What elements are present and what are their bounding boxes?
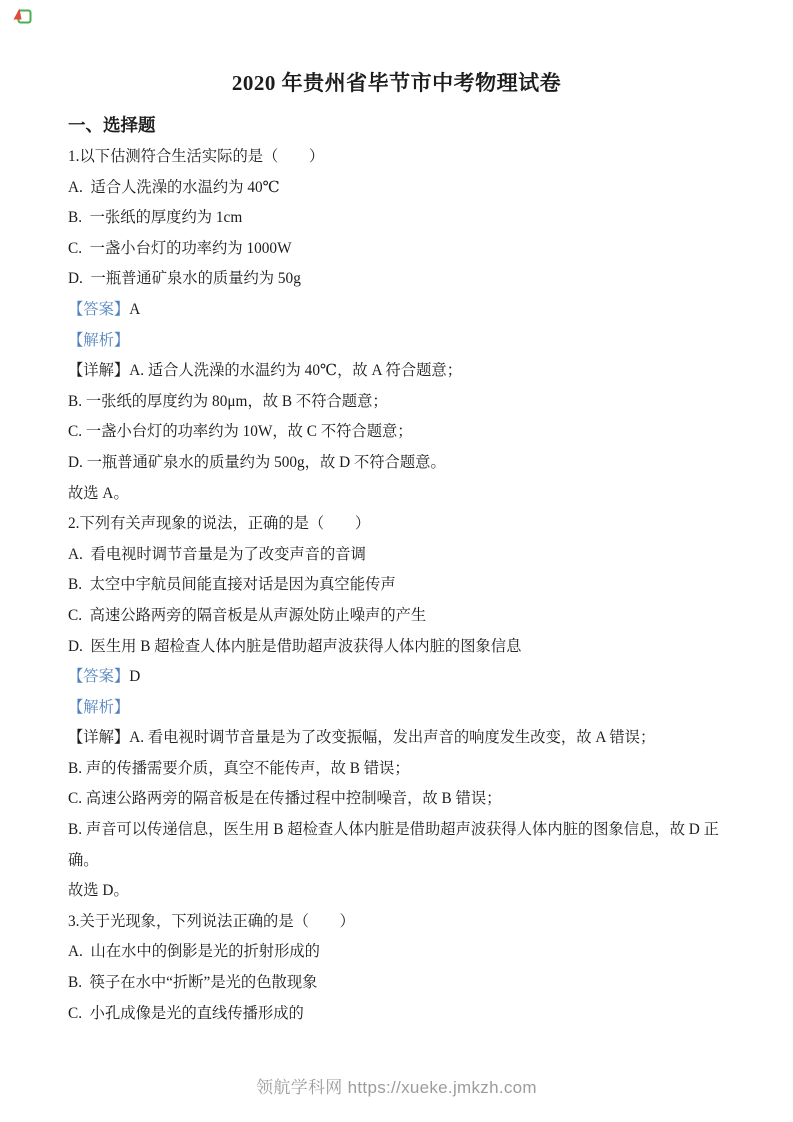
line-text: B. 筷子在水中“折断”是光的色散现象 [68, 974, 317, 991]
line-text: D. 一瓶普通矿泉水的质量约为 50g [68, 270, 301, 287]
watermark-url: https://xueke.jmkzh.com [348, 1078, 537, 1097]
line-text: B. 太空中宇航员间能直接对话是因为真空能传声 [68, 576, 396, 593]
line-text: C. 高速公路两旁的隔音板是在传播过程中控制噪音，故 B 错误； [68, 790, 501, 807]
line-text: D. 医生用 B 超检查人体内脏是借助超声波获得人体内脏的图象信息 [68, 638, 521, 655]
line-option: C. 一盏小台灯的功率约为 1000W [68, 234, 739, 265]
line-answer: 【答案】D [68, 662, 739, 693]
line-option: C. 高速公路两旁的隔音板是从声源处防止噪声的产生 [68, 601, 739, 632]
line-detail: C. 高速公路两旁的隔音板是在传播过程中控制噪音，故 B 错误； [68, 784, 739, 815]
line-detail: B. 声的传播需要介质，真空不能传声，故 B 错误； [68, 754, 739, 785]
line-text: 【详解】A. 看电视时调节音量是为了改变振幅，发出声音的响度发生改变，故 A 错… [68, 729, 655, 746]
tag-label: 【答案】 [68, 301, 129, 318]
line-option: A. 看电视时调节音量是为了改变声音的音调 [68, 540, 739, 571]
line-text: A. 山在水中的倒影是光的折射形成的 [68, 943, 320, 960]
line-text: A. 适合人洗澡的水温约为 40℃ [68, 179, 280, 196]
line-text: C. 一盏小台灯的功率约为 1000W [68, 240, 292, 257]
line-detail: B. 一张纸的厚度约为 80μm，故 B 不符合题意； [68, 387, 739, 418]
line-text: 2.下列有关声现象的说法，正确的是（ ） [68, 515, 370, 532]
line-conclusion: 故选 D。 [68, 876, 739, 907]
tag-label: 【答案】 [68, 668, 129, 685]
line-text: 故选 D。 [68, 882, 129, 899]
watermark-site-name: 领航学科网 [256, 1078, 343, 1097]
line-option: B. 筷子在水中“折断”是光的色散现象 [68, 968, 739, 999]
content-lines: 1.以下估测符合生活实际的是（ ）A. 适合人洗澡的水温约为 40℃B. 一张纸… [68, 142, 739, 1029]
line-option: A. 山在水中的倒影是光的折射形成的 [68, 937, 739, 968]
line-text: B. 声的传播需要介质，真空不能传声，故 B 错误； [68, 760, 410, 777]
line-answer: 【答案】A [68, 295, 739, 326]
line-option: B. 太空中宇航员间能直接对话是因为真空能传声 [68, 570, 739, 601]
line-question: 1.以下估测符合生活实际的是（ ） [68, 142, 739, 173]
tag-label: 【解析】 [68, 699, 129, 716]
line-text: C. 小孔成像是光的直线传播形成的 [68, 1005, 304, 1022]
line-text: B. 一张纸的厚度约为 1cm [68, 209, 242, 226]
line-text: A [129, 301, 140, 318]
line-detail: B. 声音可以传递信息，医生用 B 超检查人体内脏是借助超声波获得人体内脏的图象… [68, 815, 739, 876]
line-text: A. 看电视时调节音量是为了改变声音的音调 [68, 546, 366, 563]
line-text: B. 一张纸的厚度约为 80μm，故 B 不符合题意； [68, 393, 388, 410]
exam-document-page: 2020 年贵州省毕节市中考物理试卷 一、选择题 1.以下估测符合生活实际的是（… [0, 0, 793, 1122]
line-text: D [129, 668, 140, 685]
line-detail: 【详解】A. 适合人洗澡的水温约为 40℃，故 A 符合题意； [68, 356, 739, 387]
line-option: B. 一张纸的厚度约为 1cm [68, 203, 739, 234]
line-question: 2.下列有关声现象的说法，正确的是（ ） [68, 509, 739, 540]
line-question: 3.关于光现象，下列说法正确的是（ ） [68, 907, 739, 938]
line-option: C. 小孔成像是光的直线传播形成的 [68, 999, 739, 1030]
line-text: D. 一瓶普通矿泉水的质量约为 500g，故 D 不符合题意。 [68, 454, 446, 471]
line-detail: C. 一盏小台灯的功率约为 10W，故 C 不符合题意； [68, 417, 739, 448]
tag-label: 【解析】 [68, 332, 129, 349]
line-text: 故选 A。 [68, 485, 129, 502]
line-option: A. 适合人洗澡的水温约为 40℃ [68, 173, 739, 204]
line-analysis: 【解析】 [68, 693, 739, 724]
document-logo-icon [12, 7, 32, 25]
line-option: D. 一瓶普通矿泉水的质量约为 50g [68, 264, 739, 295]
line-text: B. 声音可以传递信息，医生用 B 超检查人体内脏是借助超声波获得人体内脏的图象… [68, 821, 719, 869]
line-conclusion: 故选 A。 [68, 479, 739, 510]
watermark: 领航学科网 https://xueke.jmkzh.com [0, 1073, 793, 1098]
line-detail: D. 一瓶普通矿泉水的质量约为 500g，故 D 不符合题意。 [68, 448, 739, 479]
line-option: D. 医生用 B 超检查人体内脏是借助超声波获得人体内脏的图象信息 [68, 632, 739, 663]
line-text: 3.关于光现象，下列说法正确的是（ ） [68, 913, 355, 930]
line-analysis: 【解析】 [68, 326, 739, 357]
line-detail: 【详解】A. 看电视时调节音量是为了改变振幅，发出声音的响度发生改变，故 A 错… [68, 723, 739, 754]
section-heading: 一、选择题 [68, 112, 793, 138]
line-text: C. 高速公路两旁的隔音板是从声源处防止噪声的产生 [68, 607, 426, 624]
page-title: 2020 年贵州省毕节市中考物理试卷 [0, 0, 793, 98]
line-text: 【详解】A. 适合人洗澡的水温约为 40℃，故 A 符合题意； [68, 362, 462, 379]
line-text: C. 一盏小台灯的功率约为 10W，故 C 不符合题意； [68, 423, 413, 440]
line-text: 1.以下估测符合生活实际的是（ ） [68, 148, 324, 165]
